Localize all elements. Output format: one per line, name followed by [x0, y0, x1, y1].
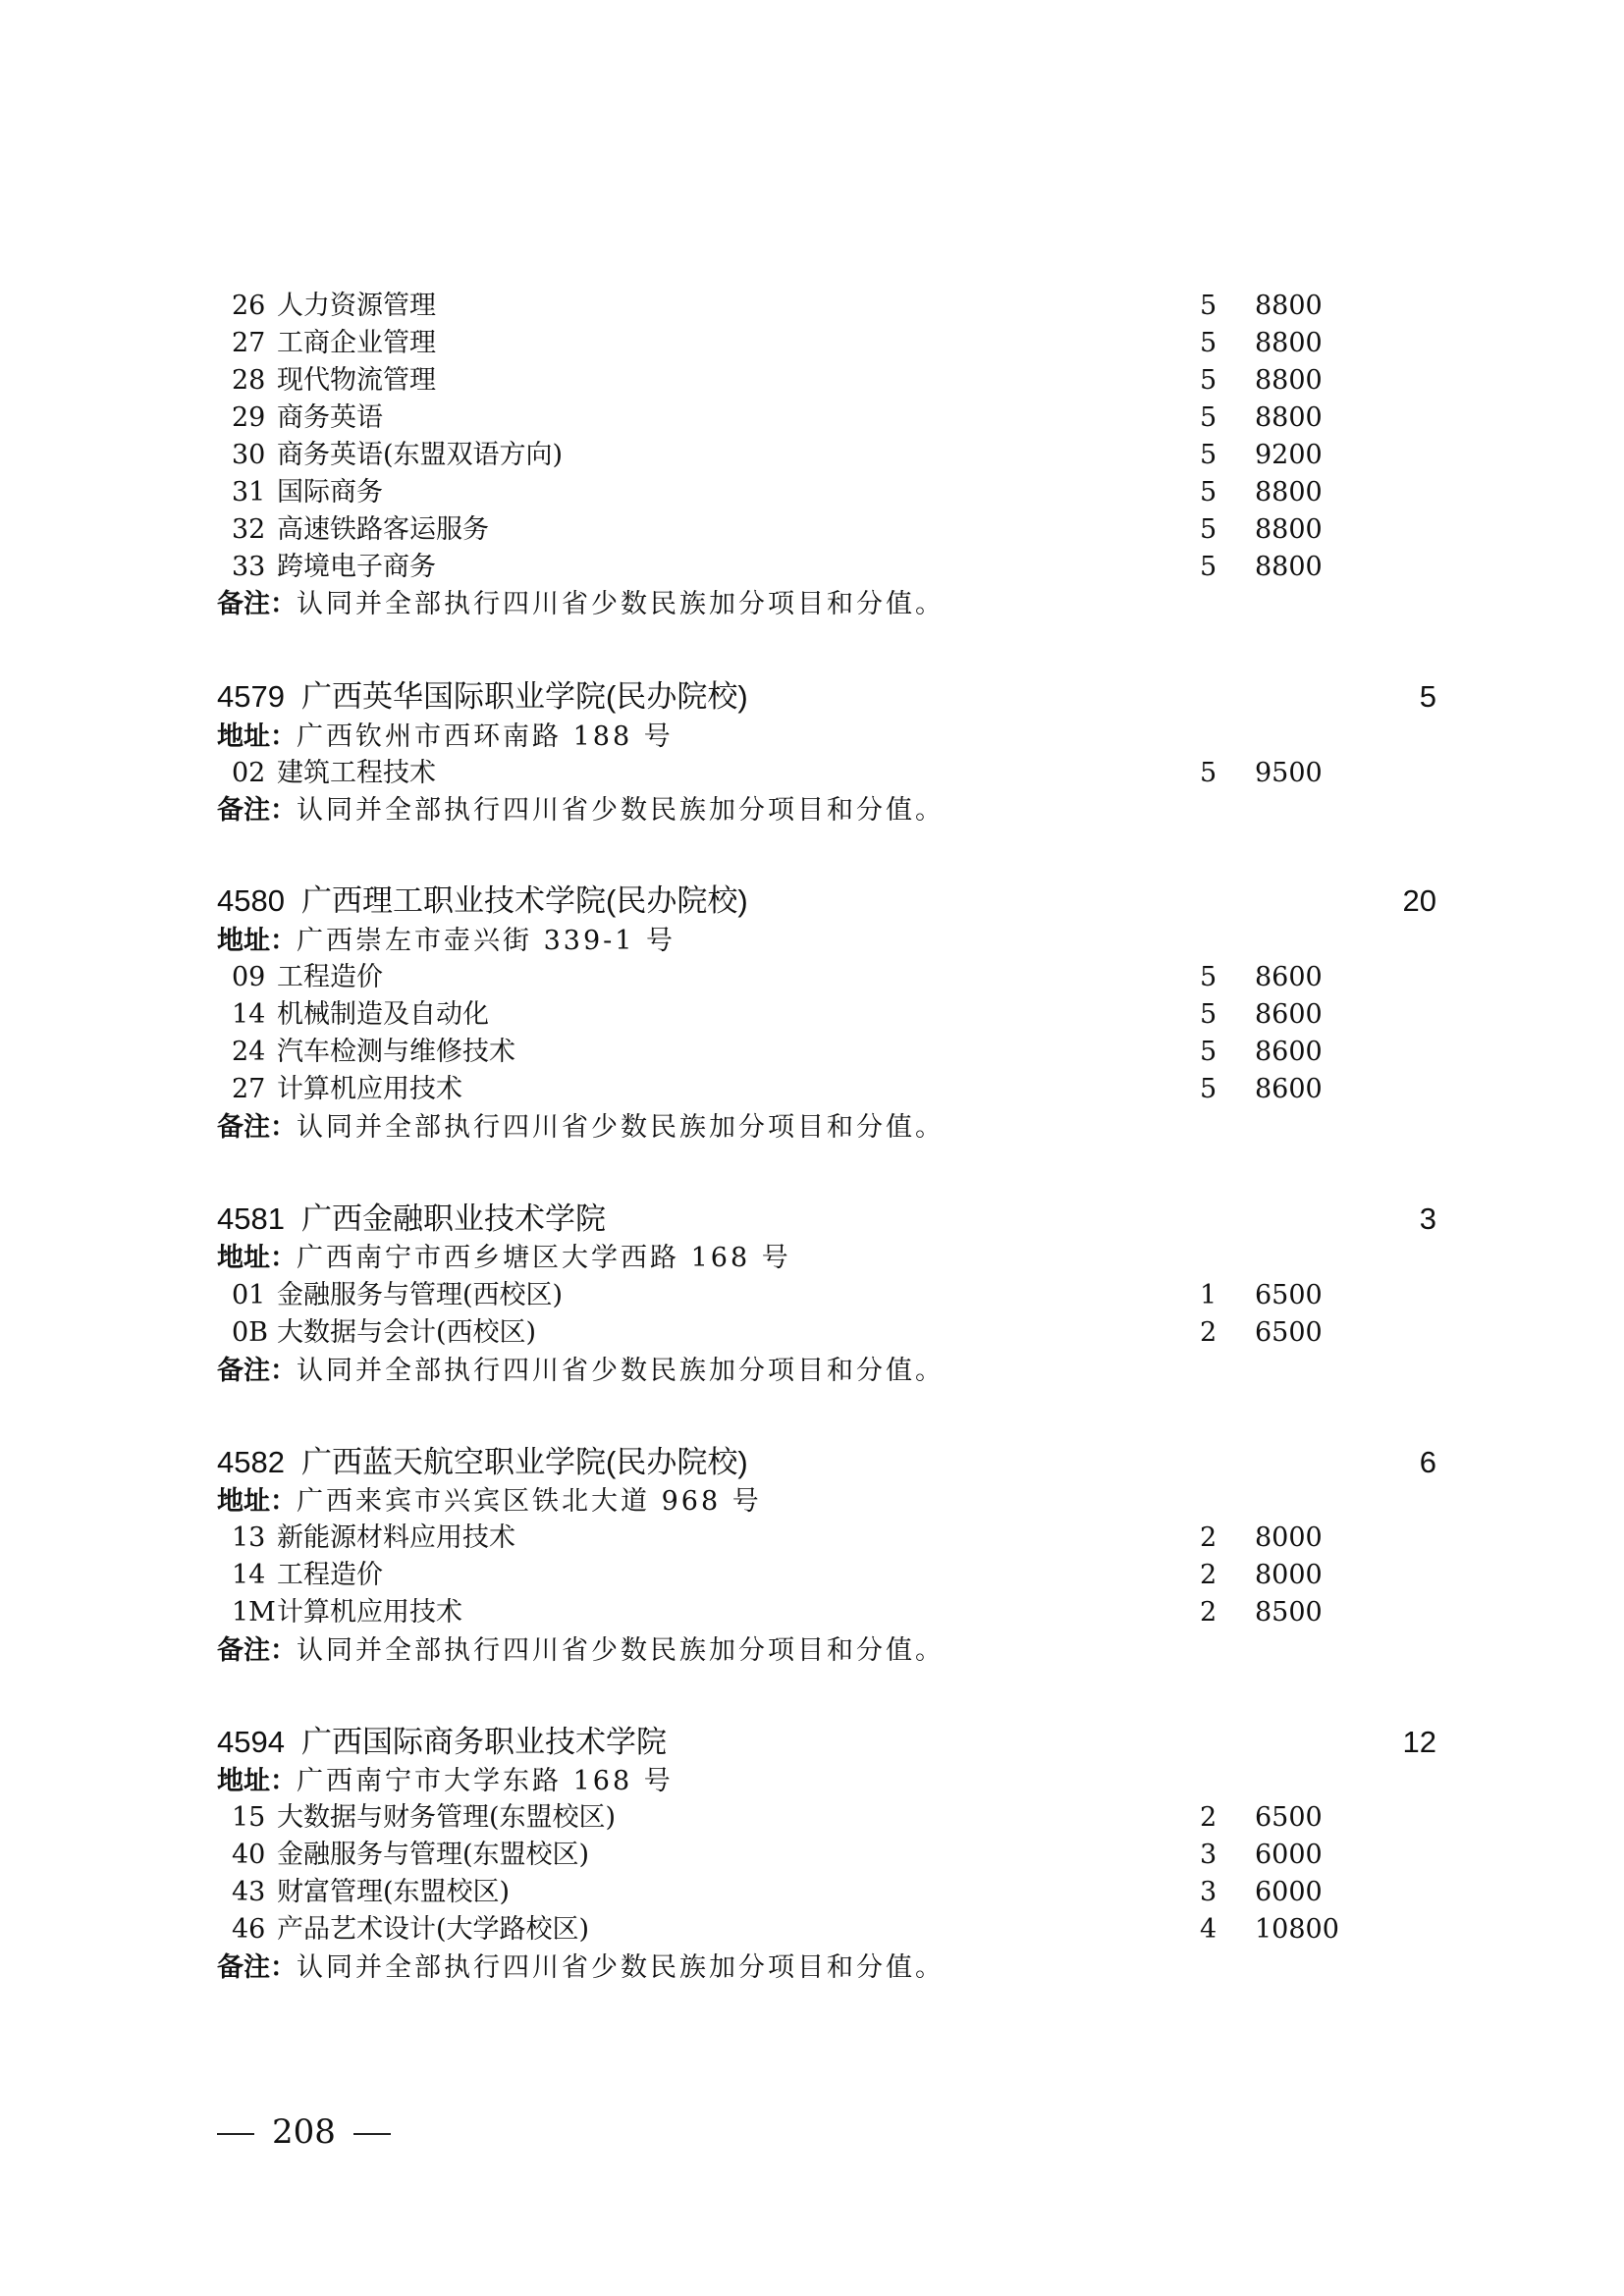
major-code: 30 [232, 437, 265, 474]
page-footer: 208 [217, 2110, 408, 2154]
major-fee: 8600 [1255, 959, 1323, 996]
note-line: 备注：认同并全部执行四川省少数民族加分项目和分值。 [217, 1108, 945, 1147]
major-name: 人力资源管理 [277, 288, 436, 325]
school-total: 20 [1358, 880, 1436, 923]
major-fee: 8600 [1255, 996, 1323, 1034]
address-line: 地址：广西钦州市西环南路 188 号 [217, 718, 674, 756]
major-row: 13 新能源材料应用技术 2 8000 [0, 1520, 1624, 1557]
major-code: 09 [232, 959, 265, 996]
major-row: 24 汽车检测与维修技术 5 8600 [0, 1034, 1624, 1071]
major-fee: 6000 [1255, 1837, 1323, 1874]
major-name: 高速铁路客运服务 [277, 511, 489, 549]
major-fee: 8000 [1255, 1557, 1323, 1594]
major-fee: 8800 [1255, 511, 1323, 549]
major-row: 14 机械制造及自动化 5 8600 [0, 996, 1624, 1034]
address-text: 广西崇左市壶兴街 339-1 号 [297, 926, 676, 956]
major-count: 5 [1200, 1071, 1217, 1108]
major-code: 28 [232, 362, 265, 400]
note-label: 备注： [217, 1356, 297, 1385]
school-header: 4581 广西金融职业技术学院 3 [217, 1198, 1493, 1241]
major-count: 1 [1200, 1277, 1217, 1314]
major-name: 工程造价 [277, 1557, 383, 1594]
major-code: 13 [232, 1520, 265, 1557]
major-row: 43 财富管理(东盟校区) 3 6000 [0, 1874, 1624, 1911]
school-header: 4580 广西理工职业技术学院(民办院校) 20 [217, 880, 1493, 923]
major-code: 46 [232, 1911, 265, 1949]
school-total: 5 [1358, 675, 1436, 719]
address-label: 地址： [217, 1766, 297, 1795]
major-fee: 8600 [1255, 1034, 1323, 1071]
major-count: 2 [1200, 1594, 1217, 1631]
school-total: 3 [1358, 1198, 1436, 1241]
major-code: 15 [232, 1799, 265, 1837]
major-name: 跨境电子商务 [277, 549, 436, 586]
major-fee: 8800 [1255, 400, 1323, 437]
note-line: 备注：认同并全部执行四川省少数民族加分项目和分值。 [217, 791, 945, 829]
school-id: 4581 [217, 1198, 285, 1241]
major-count: 2 [1200, 1314, 1217, 1352]
note-text: 认同并全部执行四川省少数民族加分项目和分值。 [297, 1952, 945, 1983]
major-row: 33 跨境电子商务 5 8800 [0, 549, 1624, 586]
major-count: 5 [1200, 400, 1217, 437]
major-row: 27 工商企业管理 5 8800 [0, 325, 1624, 362]
major-count: 5 [1200, 362, 1217, 400]
address-label: 地址： [217, 1486, 297, 1516]
major-count: 5 [1200, 325, 1217, 362]
major-name: 计算机应用技术 [277, 1071, 462, 1108]
major-code: 14 [232, 996, 265, 1034]
address-line: 地址：广西来宾市兴宾区铁北大道 968 号 [217, 1482, 762, 1521]
major-count: 5 [1200, 755, 1217, 792]
major-count: 3 [1200, 1874, 1217, 1911]
school-header: 4582 广西蓝天航空职业学院(民办院校) 6 [217, 1441, 1493, 1484]
note-label: 备注： [217, 1112, 297, 1142]
address-line: 地址：广西崇左市壶兴街 339-1 号 [217, 922, 676, 960]
major-fee: 8800 [1255, 288, 1323, 325]
note-text: 认同并全部执行四川省少数民族加分项目和分值。 [297, 1356, 945, 1386]
school-name: 广西金融职业技术学院 [301, 1198, 606, 1241]
school-name: 广西英华国际职业学院(民办院校) [301, 675, 748, 719]
major-fee: 10800 [1255, 1911, 1339, 1949]
address-text: 广西钦州市西环南路 188 号 [297, 721, 674, 752]
major-name: 汽车检测与维修技术 [277, 1034, 515, 1071]
major-count: 5 [1200, 549, 1217, 586]
major-fee: 6000 [1255, 1874, 1323, 1911]
major-name: 国际商务 [277, 474, 383, 511]
major-count: 5 [1200, 1034, 1217, 1071]
address-text: 广西南宁市西乡塘区大学西路 168 号 [297, 1243, 791, 1273]
major-row: 01 金融服务与管理(西校区) 1 6500 [0, 1277, 1624, 1314]
school-id: 4580 [217, 880, 285, 923]
major-fee: 6500 [1255, 1799, 1323, 1837]
major-code: 33 [232, 549, 265, 586]
address-label: 地址： [217, 721, 297, 751]
major-name: 新能源材料应用技术 [277, 1520, 515, 1557]
major-row: 32 高速铁路客运服务 5 8800 [0, 511, 1624, 549]
major-count: 2 [1200, 1799, 1217, 1837]
major-code: 26 [232, 288, 265, 325]
major-code: 02 [232, 755, 265, 792]
school-header: 4579 广西英华国际职业学院(民办院校) 5 [217, 675, 1493, 719]
note-text: 认同并全部执行四川省少数民族加分项目和分值。 [297, 795, 945, 826]
major-count: 5 [1200, 474, 1217, 511]
note-text: 认同并全部执行四川省少数民族加分项目和分值。 [297, 1112, 945, 1143]
major-name: 工商企业管理 [277, 325, 436, 362]
major-code: 31 [232, 474, 265, 511]
major-fee: 6500 [1255, 1314, 1323, 1352]
major-row: 1M 计算机应用技术 2 8500 [0, 1594, 1624, 1631]
note-label: 备注： [217, 1952, 297, 1982]
note-text: 认同并全部执行四川省少数民族加分项目和分值。 [297, 589, 945, 619]
major-name: 金融服务与管理(西校区) [277, 1277, 563, 1314]
major-fee: 8800 [1255, 549, 1323, 586]
major-count: 5 [1200, 996, 1217, 1034]
major-name: 大数据与会计(西校区) [277, 1314, 536, 1352]
major-row: 40 金融服务与管理(东盟校区) 3 6000 [0, 1837, 1624, 1874]
major-code: 32 [232, 511, 265, 549]
major-code: 43 [232, 1874, 265, 1911]
major-count: 4 [1200, 1911, 1217, 1949]
address-line: 地址：广西南宁市西乡塘区大学西路 168 号 [217, 1239, 791, 1277]
page-number: 208 [272, 2112, 336, 2152]
major-name: 现代物流管理 [277, 362, 436, 400]
address-text: 广西南宁市大学东路 168 号 [297, 1766, 674, 1796]
school-id: 4579 [217, 675, 285, 719]
note-label: 备注： [217, 795, 297, 825]
major-code: 40 [232, 1837, 265, 1874]
school-id: 4594 [217, 1721, 285, 1764]
footer-dash-right [353, 2133, 391, 2135]
major-fee: 8800 [1255, 325, 1323, 362]
major-fee: 8800 [1255, 362, 1323, 400]
major-fee: 9500 [1255, 755, 1323, 792]
major-row: 02 建筑工程技术 5 9500 [0, 755, 1624, 792]
note-label: 备注： [217, 589, 297, 618]
school-name: 广西国际商务职业技术学院 [301, 1721, 667, 1764]
note-line: 备注：认同并全部执行四川省少数民族加分项目和分值。 [217, 585, 945, 623]
address-line: 地址：广西南宁市大学东路 168 号 [217, 1762, 674, 1800]
major-name: 产品艺术设计(大学路校区) [277, 1911, 589, 1949]
major-row: 27 计算机应用技术 5 8600 [0, 1071, 1624, 1108]
major-code: 24 [232, 1034, 265, 1071]
major-count: 5 [1200, 511, 1217, 549]
major-row: 46 产品艺术设计(大学路校区) 4 10800 [0, 1911, 1624, 1949]
major-count: 2 [1200, 1557, 1217, 1594]
major-fee: 9200 [1255, 437, 1323, 474]
major-name: 大数据与财务管理(东盟校区) [277, 1799, 616, 1837]
major-row: 26 人力资源管理 5 8800 [0, 288, 1624, 325]
major-name: 计算机应用技术 [277, 1594, 462, 1631]
major-row: 0B 大数据与会计(西校区) 2 6500 [0, 1314, 1624, 1352]
major-count: 3 [1200, 1837, 1217, 1874]
major-row: 29 商务英语 5 8800 [0, 400, 1624, 437]
major-name: 商务英语(东盟双语方向) [277, 437, 563, 474]
major-fee: 8800 [1255, 474, 1323, 511]
major-name: 机械制造及自动化 [277, 996, 489, 1034]
major-code: 29 [232, 400, 265, 437]
major-fee: 6500 [1255, 1277, 1323, 1314]
major-code: 01 [232, 1277, 265, 1314]
major-code: 1M [232, 1594, 276, 1631]
school-total: 12 [1358, 1721, 1436, 1764]
major-count: 5 [1200, 288, 1217, 325]
note-line: 备注：认同并全部执行四川省少数民族加分项目和分值。 [217, 1352, 945, 1390]
major-fee: 8500 [1255, 1594, 1323, 1631]
note-label: 备注： [217, 1635, 297, 1665]
school-name: 广西蓝天航空职业学院(民办院校) [301, 1441, 748, 1484]
address-text: 广西来宾市兴宾区铁北大道 968 号 [297, 1486, 762, 1517]
school-total: 6 [1358, 1441, 1436, 1484]
major-row: 15 大数据与财务管理(东盟校区) 2 6500 [0, 1799, 1624, 1837]
major-code: 14 [232, 1557, 265, 1594]
major-code: 0B [232, 1314, 268, 1352]
major-name: 建筑工程技术 [277, 755, 436, 792]
major-row: 31 国际商务 5 8800 [0, 474, 1624, 511]
major-name: 金融服务与管理(东盟校区) [277, 1837, 589, 1874]
major-code: 27 [232, 1071, 265, 1108]
major-count: 5 [1200, 959, 1217, 996]
major-row: 28 现代物流管理 5 8800 [0, 362, 1624, 400]
major-name: 财富管理(东盟校区) [277, 1874, 510, 1911]
major-count: 5 [1200, 437, 1217, 474]
major-name: 工程造价 [277, 959, 383, 996]
major-row: 09 工程造价 5 8600 [0, 959, 1624, 996]
major-name: 商务英语 [277, 400, 383, 437]
note-text: 认同并全部执行四川省少数民族加分项目和分值。 [297, 1635, 945, 1666]
school-header: 4594 广西国际商务职业技术学院 12 [217, 1721, 1493, 1764]
address-label: 地址： [217, 1243, 297, 1272]
major-row: 30 商务英语(东盟双语方向) 5 9200 [0, 437, 1624, 474]
major-row: 14 工程造价 2 8000 [0, 1557, 1624, 1594]
school-name: 广西理工职业技术学院(民办院校) [301, 880, 748, 923]
major-fee: 8000 [1255, 1520, 1323, 1557]
footer-dash-left [217, 2133, 254, 2135]
major-code: 27 [232, 325, 265, 362]
note-line: 备注：认同并全部执行四川省少数民族加分项目和分值。 [217, 1949, 945, 1987]
note-line: 备注：认同并全部执行四川省少数民族加分项目和分值。 [217, 1631, 945, 1670]
major-count: 2 [1200, 1520, 1217, 1557]
school-id: 4582 [217, 1441, 285, 1484]
major-fee: 8600 [1255, 1071, 1323, 1108]
address-label: 地址： [217, 926, 297, 955]
